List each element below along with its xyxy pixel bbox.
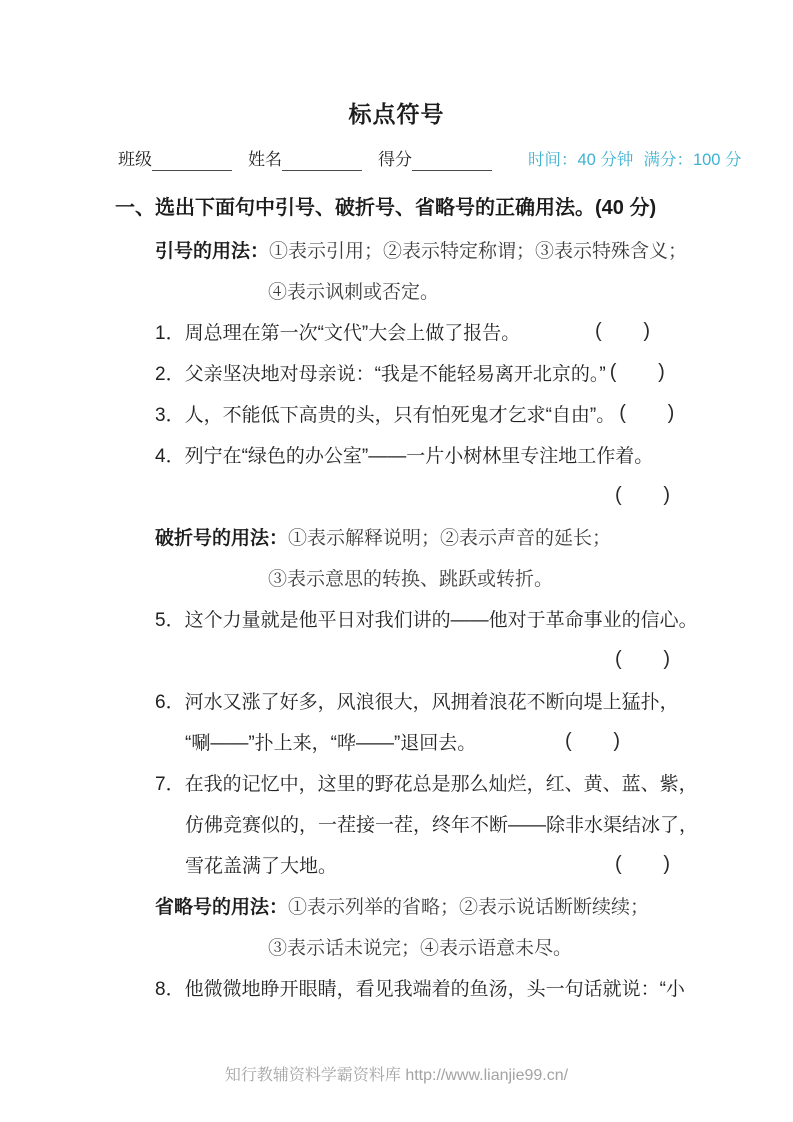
quote-usage-label: 引号的用法：: [155, 236, 269, 263]
paren-close: ): [663, 853, 670, 876]
question-8-line1: 8．他微微地睁开眼睛，看见我端着的鱼汤，头一句话就说：“小: [155, 967, 680, 1008]
question-6-line2: “唰——”扑上来，“哗——”退回去。 (): [155, 721, 680, 762]
dash-usage-desc2: ③表示意思的转换、跳跃或转折。: [268, 564, 553, 591]
quote-usage-line2: ④表示讽刺或否定。: [268, 270, 680, 311]
question-1-text: 1．周总理在第一次“文代”大会上做了报告。: [155, 318, 520, 345]
dash-usage-line1: 破折号的用法：①表示解释说明；②表示声音的延长；: [155, 516, 680, 557]
paren-close: ): [613, 730, 620, 753]
question-2: 2．父亲坚决地对母亲说：“我是不能轻易离开北京的。” (): [155, 352, 680, 393]
question-3-answer-blank: (): [619, 402, 674, 425]
name-blank: [282, 151, 362, 171]
worksheet-page: 标点符号 班级 姓名 得分 时间：40 分钟满分：100 分 一、选出下面句中引…: [0, 0, 793, 1122]
question-5-text: 5．这个力量就是他平日对我们讲的——他对于革命事业的信心。: [155, 605, 698, 632]
question-4-answer-row: (): [155, 475, 680, 516]
question-6-text-line1: 6．河水又涨了好多，风浪很大，风拥着浪花不断向堤上猛扑，: [155, 687, 679, 714]
question-2-answer-blank: (): [610, 361, 665, 384]
paren-open: (: [619, 402, 626, 425]
time-score-info: 时间：40 分钟满分：100 分: [528, 149, 742, 171]
ellipsis-usage-label: 省略号的用法：: [155, 892, 288, 919]
question-7-text-line3: 雪花盖满了大地。: [185, 851, 337, 878]
question-6-answer-blank: (): [565, 730, 620, 753]
score-label: 得分: [378, 149, 412, 171]
full-score-text: 满分：100 分: [643, 151, 741, 169]
page-title: 标点符号: [0, 0, 793, 129]
dash-usage-line2: ③表示意思的转换、跳跃或转折。: [268, 557, 680, 598]
question-5-answer-row: (): [155, 639, 680, 680]
ellipsis-usage-desc1: ①表示列举的省略；②表示说话断断续续；: [288, 892, 649, 919]
paren-close: ): [663, 648, 670, 671]
question-1-answer-blank: (): [595, 320, 650, 343]
question-4-line1: 4．列宁在“绿色的办公室”——一片小树林里专注地工作着。: [155, 434, 680, 475]
paren-open: (: [615, 853, 622, 876]
class-label: 班级: [118, 149, 152, 171]
quote-usage-line1: 引号的用法：①表示引用；②表示特定称谓；③表示特殊含义；: [155, 229, 680, 270]
question-1: 1．周总理在第一次“文代”大会上做了报告。 (): [155, 311, 680, 352]
paren-open: (: [610, 361, 617, 384]
section-one: 一、选出下面句中引号、破折号、省略号的正确用法。(40 分) 引号的用法：①表示…: [0, 181, 793, 1008]
ellipsis-usage-line2: ③表示话未说完；④表示语意未尽。: [268, 926, 680, 967]
name-label: 姓名: [248, 149, 282, 171]
paren-open: (: [595, 320, 602, 343]
paren-close: ): [668, 402, 675, 425]
question-4-text: 4．列宁在“绿色的办公室”——一片小树林里专注地工作着。: [155, 441, 653, 468]
question-2-text: 2．父亲坚决地对母亲说：“我是不能轻易离开北京的。”: [155, 359, 606, 386]
class-blank: [152, 151, 232, 171]
quote-usage-desc2: ④表示讽刺或否定。: [268, 277, 439, 304]
question-6-line1: 6．河水又涨了好多，风浪很大，风拥着浪花不断向堤上猛扑，: [155, 680, 680, 721]
paren-open: (: [615, 484, 622, 507]
question-8-text-line1: 8．他微微地睁开眼睛，看见我端着的鱼汤，头一句话就说：“小: [155, 974, 685, 1001]
question-5-answer-blank: (): [615, 648, 670, 671]
dash-usage-desc1: ①表示解释说明；②表示声音的延长；: [288, 523, 611, 550]
question-3-text: 3．人，不能低下高贵的头，只有怕死鬼才乞求“自由”。: [155, 400, 615, 427]
score-blank: [412, 151, 492, 171]
question-6-text-line2: “唰——”扑上来，“哗——”退回去。: [185, 728, 476, 755]
time-limit-text: 时间：40 分钟: [528, 151, 633, 169]
question-7-answer-blank: (): [615, 853, 670, 876]
question-7-line1: 7．在我的记忆中，这里的野花总是那么灿烂，红、黄、蓝、紫，: [155, 762, 680, 803]
section-heading: 一、选出下面句中引号、破折号、省略号的正确用法。(40 分): [115, 181, 680, 229]
paren-close: ): [643, 320, 650, 343]
quote-usage-desc1: ①表示引用；②表示特定称谓；③表示特殊含义；: [269, 236, 687, 263]
paren-open: (: [615, 648, 622, 671]
question-5-line1: 5．这个力量就是他平日对我们讲的——他对于革命事业的信心。: [155, 598, 680, 639]
question-4-answer-blank: (): [615, 484, 670, 507]
ellipsis-usage-desc2: ③表示话未说完；④表示语意未尽。: [268, 933, 572, 960]
question-7-text-line1: 7．在我的记忆中，这里的野花总是那么灿烂，红、黄、蓝、紫，: [155, 769, 698, 796]
question-7-text-line2: 仿佛竞赛似的，一茬接一茬，终年不断——除非水渠结冰了，: [185, 810, 698, 837]
question-7-line3: 雪花盖满了大地。 (): [155, 844, 680, 885]
student-info-line: 班级 姓名 得分 时间：40 分钟满分：100 分: [118, 147, 793, 171]
ellipsis-usage-line1: 省略号的用法：①表示列举的省略；②表示说话断断续续；: [155, 885, 680, 926]
paren-close: ): [658, 361, 665, 384]
dash-usage-label: 破折号的用法：: [155, 523, 288, 550]
footer-text: 知行教辅资料学霸资料库 http://www.lianjie99.cn/: [0, 1062, 793, 1085]
question-7-line2: 仿佛竞赛似的，一茬接一茬，终年不断——除非水渠结冰了，: [155, 803, 680, 844]
paren-open: (: [565, 730, 572, 753]
question-3: 3．人，不能低下高贵的头，只有怕死鬼才乞求“自由”。 (): [155, 393, 680, 434]
paren-close: ): [663, 484, 670, 507]
